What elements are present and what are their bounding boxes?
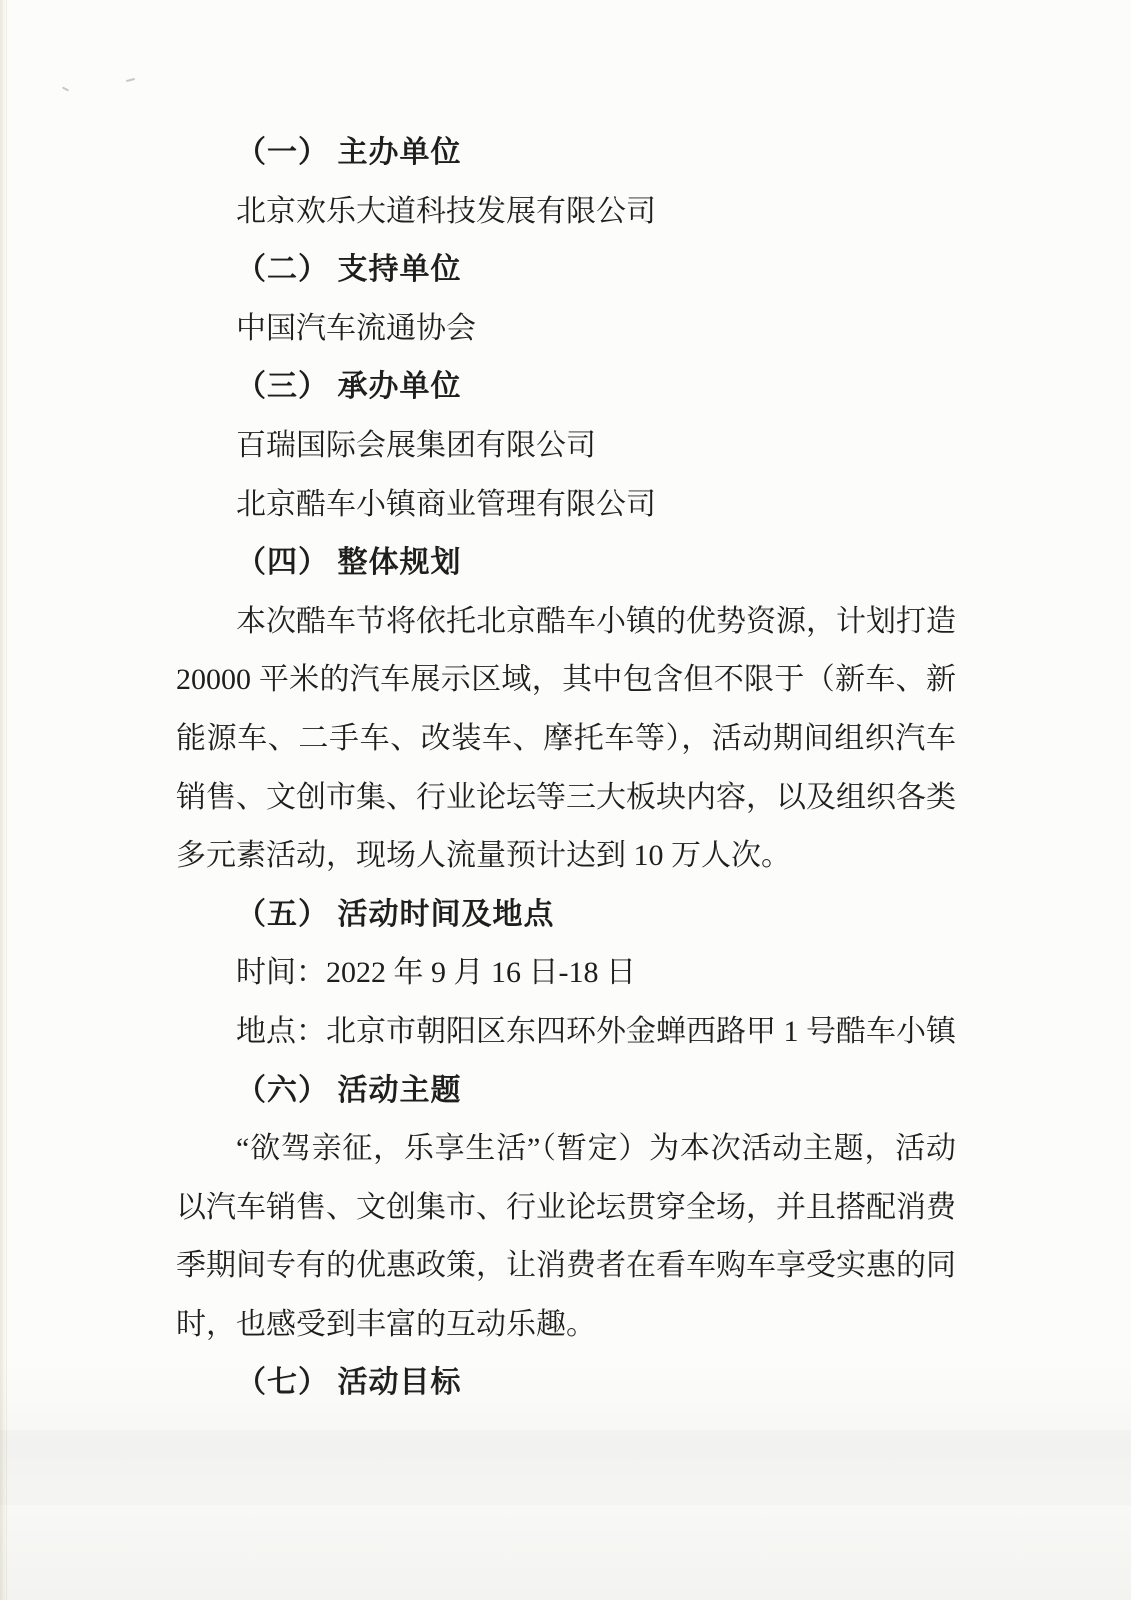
heading-overall-plan: （四） 整体规划: [176, 534, 956, 593]
overall-plan-paragraph: 本次酷车节将依托北京酷车小镇的优势资源，计划打造 20000 平米的汽车展示区域…: [176, 593, 956, 886]
pencil-speck-2: [126, 78, 135, 82]
heading-undertaker: （三） 承办单位: [176, 358, 956, 417]
supporter-line: 中国汽车流通协会: [176, 300, 956, 359]
scanned-page: （一） 主办单位 北京欢乐大道科技发展有限公司 （二） 支持单位 中国汽车流通协…: [0, 0, 1131, 1600]
heading-theme: （六） 活动主题: [176, 1062, 956, 1121]
undertaker-line-2: 北京酷车小镇商业管理有限公司: [176, 476, 956, 535]
heading-time-place: （五） 活动时间及地点: [176, 886, 956, 945]
time-line: 时间：2022 年 9 月 16 日-18 日: [176, 944, 956, 1003]
place-line: 地点：北京市朝阳区东四环外金蝉西路甲 1 号酷车小镇: [176, 1003, 956, 1062]
document-content: （一） 主办单位 北京欢乐大道科技发展有限公司 （二） 支持单位 中国汽车流通协…: [176, 124, 956, 1413]
undertaker-line-1: 百瑞国际会展集团有限公司: [176, 417, 956, 476]
scan-edge-left: [0, 0, 7, 1600]
heading-organizer: （一） 主办单位: [176, 124, 956, 183]
scan-band: [0, 1430, 1131, 1505]
pencil-speck-1: [62, 86, 69, 91]
organizer-line: 北京欢乐大道科技发展有限公司: [176, 183, 956, 242]
theme-paragraph: “欲驾亲征，乐享生活”（暂定）为本次活动主题，活动以汽车销售、文创集市、行业论坛…: [176, 1120, 956, 1354]
heading-supporter: （二） 支持单位: [176, 241, 956, 300]
heading-goal: （七） 活动目标: [176, 1354, 956, 1413]
